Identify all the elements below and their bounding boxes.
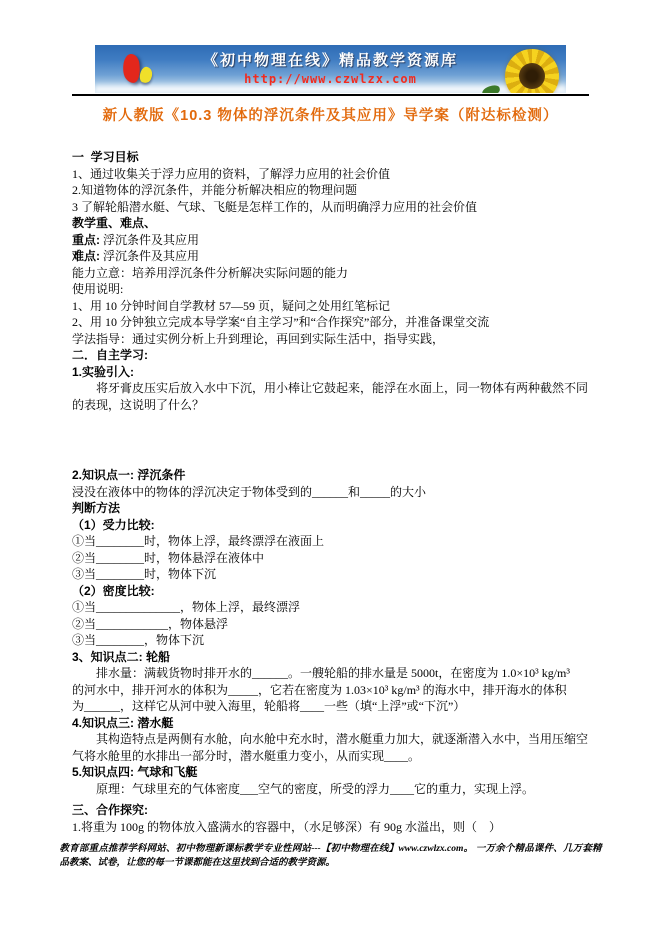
paragraph: 二．自主学习: <box>72 347 589 364</box>
body-text: 将牙膏皮压实后放入水中下沉，用小棒让它鼓起来，能浮在水面上，同一物体有两种截然不… <box>96 381 588 395</box>
body-text: 使用说明: <box>72 282 123 296</box>
paragraph: 浸没在液体中的物体的浮沉决定于物体受到的______和_____的大小 <box>72 484 589 501</box>
paragraph: 使用说明: <box>72 281 589 298</box>
paragraph: 判断方法 <box>72 500 589 517</box>
header-divider-line <box>72 94 589 96</box>
body-text: 排水量：满载货物时排开水的______。一艘轮船的排水量是 5000t，在密度为… <box>96 666 570 680</box>
paragraph: （1）受力比较: <box>72 517 589 534</box>
paragraph: ②当____________，物体悬浮 <box>72 616 589 633</box>
heading-text: 重点: <box>72 233 100 247</box>
body-text: 1、用 10 分钟时间自学教材 57—59 页，疑问之处用红笔标记 <box>72 299 390 313</box>
paragraph: 4.知识点三: 潜水艇 <box>72 715 589 732</box>
paragraph: 2、用 10 分钟独立完成本导学案“自主学习”和“合作探究”部分，并准备课堂交流 <box>72 314 589 331</box>
heading-text: 1.实验引入: <box>72 365 134 379</box>
paragraph: 的表现，这说明了什么？ <box>72 397 589 414</box>
paragraph: （2）密度比较: <box>72 583 589 600</box>
paragraph: 1.实验引入: <box>72 364 589 381</box>
body-text: 能力立意：培养用浮沉条件分析解决实际问题的能力 <box>72 266 348 280</box>
paragraph: 难点: 浮沉条件及其应用 <box>72 248 589 265</box>
body-text: 的河水中，排开河水的体积为_____，它若在密度为 1.03×10³ kg/m³… <box>72 683 567 697</box>
heading-text: （1）受力比较: <box>72 518 155 532</box>
body-text: 原理：气球里充的气体密度___空气的密度，所受的浮力____它的重力，实现上浮。 <box>96 782 534 796</box>
paragraph: ③当________，物体下沉 <box>72 632 589 649</box>
body-text: 其构造特点是两侧有水舱，向水舱中充水时，潜水艇重力加大，就逐渐潜入水中，当用压缩… <box>96 732 588 746</box>
banner-text-block: 《初中物理在线》精品教学资源库 http://www.czwlzx.com <box>165 49 496 86</box>
heading-text: 判断方法 <box>72 501 120 515</box>
body-text: ②当________时，物体悬浮在液体中 <box>72 551 264 565</box>
body-text: 浮沉条件及其应用 <box>100 249 199 263</box>
document-page: 《初中物理在线》精品教学资源库 http://www.czwlzx.com 新人… <box>0 0 661 936</box>
paragraph: 能力立意：培养用浮沉条件分析解决实际问题的能力 <box>72 265 589 282</box>
body-text: 1、通过收集关于浮力应用的资料，了解浮力应用的社会价值 <box>72 167 390 181</box>
paragraph: 3 了解轮船潜水艇、气球、飞艇是怎样工作的，从而明确浮力应用的社会价值 <box>72 199 589 216</box>
body-text: ③当________，物体下沉 <box>72 633 204 647</box>
document-body: 一 学习目标1、通过收集关于浮力应用的资料，了解浮力应用的社会价值2.知道物体的… <box>72 149 589 835</box>
body-text: 为______，这样它从河中驶入海里，轮船将____一些（填“上浮”或“下沉”） <box>72 699 465 713</box>
flame-red-icon <box>121 53 142 84</box>
paragraph: 1、通过收集关于浮力应用的资料，了解浮力应用的社会价值 <box>72 166 589 183</box>
paragraph: 3、知识点二: 轮船 <box>72 649 589 666</box>
paragraph: 2.知识点一: 浮沉条件 <box>72 467 589 484</box>
heading-text: （2）密度比较: <box>72 584 155 598</box>
paragraph: ①当______________，物体上浮，最终漂浮 <box>72 599 589 616</box>
paragraph: 其构造特点是两侧有水舱，向水舱中充水时，潜水艇重力加大，就逐渐潜入水中，当用压缩… <box>72 731 589 748</box>
paragraph: 一 学习目标 <box>72 149 589 166</box>
paragraph: ③当________时，物体下沉 <box>72 566 589 583</box>
body-text: 的表现，这说明了什么？ <box>72 398 204 412</box>
paragraph: 原理：气球里充的气体密度___空气的密度，所受的浮力____它的重力，实现上浮。 <box>72 781 589 798</box>
paragraph: 排水量：满载货物时排开水的______。一艘轮船的排水量是 5000t，在密度为… <box>72 665 589 682</box>
heading-text: 三、合作探究: <box>72 803 148 817</box>
paragraph: 1、用 10 分钟时间自学教材 57—59 页，疑问之处用红笔标记 <box>72 298 589 315</box>
body-text: 气将水舱里的水排出一部分时，潜水艇重力变小，从而实现____。 <box>72 749 420 763</box>
site-banner: 《初中物理在线》精品教学资源库 http://www.czwlzx.com <box>95 45 566 93</box>
body-text: 浮沉条件及其应用 <box>100 233 199 247</box>
paragraph: 气将水舱里的水排出一部分时，潜水艇重力变小，从而实现____。 <box>72 748 589 765</box>
body-text: 2.知道物体的浮沉条件，并能分析解决相应的物理问题 <box>72 183 357 197</box>
heading-text: 一 学习目标 <box>72 150 139 164</box>
body-text: 3 了解轮船潜水艇、气球、飞艇是怎样工作的，从而明确浮力应用的社会价值 <box>72 200 477 214</box>
paragraph: 将牙膏皮压实后放入水中下沉，用小棒让它鼓起来，能浮在水面上，同一物体有两种截然不… <box>72 380 589 397</box>
heading-text: 二．自主学习: <box>72 348 148 362</box>
paragraph: 重点: 浮沉条件及其应用 <box>72 232 589 249</box>
paragraph: 三、合作探究: <box>72 802 589 819</box>
footer-promo-text: 教育部重点推荐学科网站、初中物理新课标教学专业性网站---【初中物理在线】www… <box>60 843 602 870</box>
site-logo-icon <box>123 53 157 87</box>
paragraph: 5.知识点四: 气球和飞艇 <box>72 764 589 781</box>
banner-site-url[interactable]: http://www.czwlzx.com <box>165 72 496 86</box>
paragraph: ②当________时，物体悬浮在液体中 <box>72 550 589 567</box>
body-text: 浸没在液体中的物体的浮沉决定于物体受到的______和_____的大小 <box>72 485 426 499</box>
paragraph: 的河水中，排开河水的体积为_____，它若在密度为 1.03×10³ kg/m³… <box>72 682 589 699</box>
flame-yellow-icon <box>138 65 155 84</box>
body-text: ③当________时，物体下沉 <box>72 567 216 581</box>
body-text: ②当____________，物体悬浮 <box>72 617 228 631</box>
body-text: ①当________时，物体上浮，最终漂浮在液面上 <box>72 534 324 548</box>
heading-text: 5.知识点四: 气球和飞艇 <box>72 765 197 779</box>
paragraph: ①当________时，物体上浮，最终漂浮在液面上 <box>72 533 589 550</box>
paragraph: 2.知道物体的浮沉条件，并能分析解决相应的物理问题 <box>72 182 589 199</box>
heading-text: 2.知识点一: 浮沉条件 <box>72 468 185 482</box>
heading-text: 难点: <box>72 249 100 263</box>
banner-site-title: 《初中物理在线》精品教学资源库 <box>165 49 496 70</box>
paragraph: 教学重、难点、 <box>72 215 589 232</box>
body-text: 2、用 10 分钟独立完成本导学案“自主学习”和“合作探究”部分，并准备课堂交流 <box>72 315 489 329</box>
paragraph: 1.将重为 100g 的物体放入盛满水的容器中，（水足够深）有 90g 水溢出，… <box>72 819 589 836</box>
heading-text: 3、知识点二: 轮船 <box>72 650 170 664</box>
page-title: 新人教版《10.3 物体的浮沉条件及其应用》导学案（附达标检测） <box>61 104 601 125</box>
heading-text: 4.知识点三: 潜水艇 <box>72 716 173 730</box>
paragraph: 学法指导：通过实例分析上升到理论，再回到实际生活中，指导实践， <box>72 331 589 348</box>
sunflower-icon <box>505 49 559 93</box>
heading-text: 教学重、难点、 <box>72 216 156 230</box>
body-text: 1.将重为 100g 的物体放入盛满水的容器中，（水足够深）有 90g 水溢出，… <box>72 820 501 834</box>
paragraph: 为______，这样它从河中驶入海里，轮船将____一些（填“上浮”或“下沉”） <box>72 698 589 715</box>
body-text: ①当______________，物体上浮，最终漂浮 <box>72 600 300 614</box>
body-text: 学法指导：通过实例分析上升到理论，再回到实际生活中，指导实践， <box>72 332 444 346</box>
